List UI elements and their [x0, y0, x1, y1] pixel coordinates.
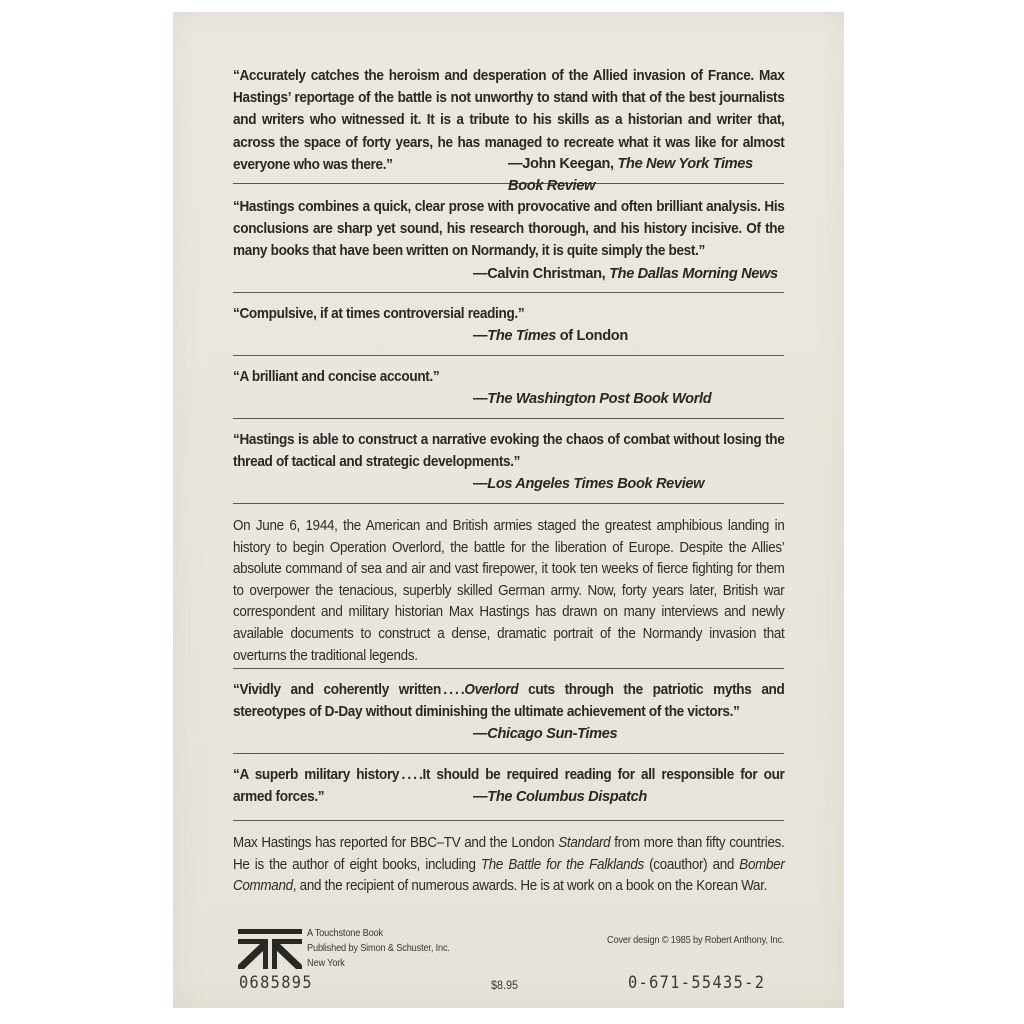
touchstone-logo-icon	[238, 929, 302, 971]
attribution-author: —	[473, 476, 487, 492]
divider	[233, 292, 784, 293]
attribution-author: —Calvin Christman,	[473, 266, 609, 282]
quote-text: “Hastings combines a quick, clear prose …	[233, 196, 784, 263]
cover-credit: Cover design © 1985 by Robert Anthony, I…	[607, 933, 784, 948]
publisher-city: New York	[307, 956, 450, 971]
description-text: On June 6, 1944, the American and Britis…	[233, 516, 784, 667]
bio-text-part: , and the recipient of numerous awards. …	[293, 878, 767, 894]
quote-attribution: —The Times of London	[473, 325, 628, 347]
attribution-source: Los Angeles Times Book Review	[487, 476, 704, 492]
divider	[233, 355, 784, 356]
quote-keegan: “Accurately catches the heroism and desp…	[233, 65, 784, 175]
divider	[233, 668, 784, 669]
attribution-suffix: of London	[556, 328, 628, 344]
publisher-imprint: A Touchstone Book	[307, 926, 450, 941]
quote-la-times: “Hastings is able to construct a narrati…	[233, 429, 784, 503]
attribution-author: —	[473, 726, 487, 742]
quote-attribution: —The Washington Post Book World	[473, 388, 711, 410]
quote-attribution: —Chicago Sun-Times	[473, 723, 617, 745]
attribution-source: The Washington Post Book World	[487, 391, 711, 407]
quote-text: “Vividly and coherently written . . . .O…	[233, 679, 784, 723]
bio-italic: Standard	[558, 835, 610, 851]
quote-attribution: —The Columbus Dispatch	[473, 786, 647, 808]
author-bio: Max Hastings has reported for BBC–TV and…	[233, 833, 784, 898]
attribution-source: Chicago Sun-Times	[487, 726, 617, 742]
attribution-author: —	[473, 391, 487, 407]
quote-text: “Compulsive, if at times controversial r…	[233, 303, 784, 325]
quote-attribution: —Los Angeles Times Book Review	[473, 473, 704, 495]
touchstone-logo	[238, 929, 302, 971]
quote-columbus-dispatch: “A superb military history . . . .It sho…	[233, 764, 784, 816]
bio-italic: The Battle for the Falklands	[481, 857, 644, 873]
divider	[233, 820, 784, 821]
quote-times: “Compulsive, if at times controversial r…	[233, 303, 784, 355]
quote-text-part: “Vividly and coherently written . . . .	[233, 682, 464, 698]
book-back-cover: “Accurately catches the heroism and desp…	[173, 12, 844, 1008]
isbn: 0-671-55435-2	[628, 973, 765, 993]
attribution-source: The Columbus Dispatch	[487, 789, 647, 805]
quote-christman: “Hastings combines a quick, clear prose …	[233, 196, 784, 292]
publisher-name: Published by Simon & Schuster, Inc.	[307, 941, 450, 956]
publisher-info: A Touchstone Book Published by Simon & S…	[307, 926, 450, 971]
quote-book-title: Overlord	[464, 682, 518, 698]
content-column: “Accurately catches the heroism and desp…	[233, 65, 784, 898]
quote-washington-post: “A brilliant and concise account.” —The …	[233, 366, 784, 418]
book-description: On June 6, 1944, the American and Britis…	[233, 516, 784, 668]
attribution-author: —John Keegan,	[508, 156, 617, 172]
quote-attribution: —Calvin Christman, The Dallas Morning Ne…	[473, 263, 778, 285]
quote-text: “A brilliant and concise account.”	[233, 366, 784, 388]
author-bio-text: Max Hastings has reported for BBC–TV and…	[233, 833, 784, 898]
quote-chicago-sun-times: “Vividly and coherently written . . . .O…	[233, 679, 784, 753]
attribution-author: —	[473, 789, 487, 805]
stock-code: 0685895	[239, 973, 313, 993]
divider	[233, 753, 784, 754]
attribution-source: The Times	[487, 328, 556, 344]
bio-text-part: Max Hastings has reported for BBC–TV and…	[233, 835, 558, 851]
quote-text: “Hastings is able to construct a narrati…	[233, 429, 784, 473]
bio-text-part: (coauthor) and	[644, 857, 739, 873]
attribution-author: —	[473, 328, 487, 344]
price: $8.95	[491, 978, 518, 992]
quote-attribution: —John Keegan, The New York Times Book Re…	[508, 153, 784, 197]
attribution-source: The Dallas Morning News	[609, 266, 778, 282]
divider	[233, 503, 784, 504]
divider	[233, 418, 784, 419]
